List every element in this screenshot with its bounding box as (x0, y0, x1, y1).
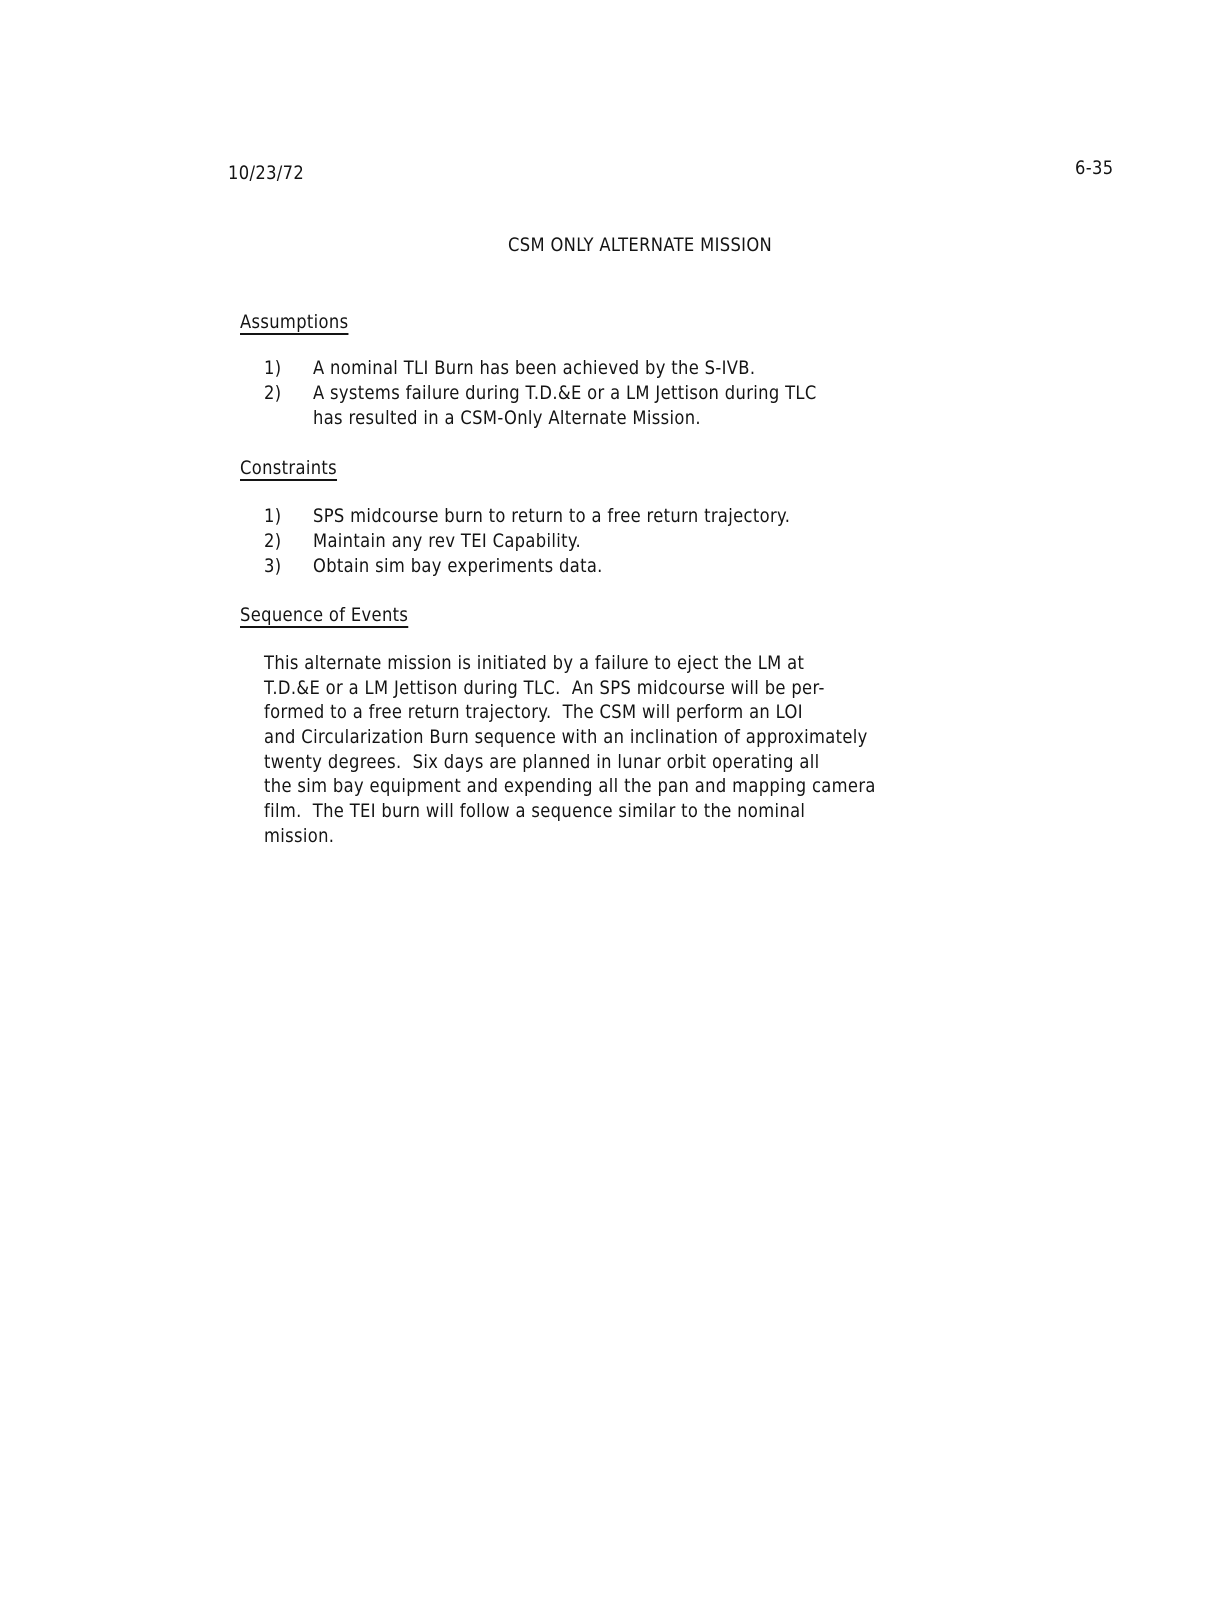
list-item-number: 2) (264, 529, 281, 554)
paragraph-line: formed to a free return trajectory. The … (264, 700, 803, 725)
document-date: 10/23/72 (228, 162, 304, 184)
list-item-number: 1) (264, 356, 281, 381)
paragraph-line: and Circularization Burn sequence with a… (264, 725, 868, 750)
list-item: Maintain any rev TEI Capability. (313, 529, 581, 554)
paragraph-line: T.D.&E or a LM Jettison during TLC. An S… (264, 676, 825, 701)
section-heading-sequence-of-events: Sequence of Events (240, 604, 408, 626)
list-item: A nominal TLI Burn has been achieved by … (313, 356, 755, 381)
paragraph-line: mission. (264, 824, 334, 849)
section-heading-assumptions: Assumptions (240, 311, 348, 333)
paragraph-line: the sim bay equipment and expending all … (264, 774, 876, 799)
list-item: Obtain sim bay experiments data. (313, 554, 603, 579)
list-item: SPS midcourse burn to return to a free r… (313, 504, 790, 529)
list-item-number: 1) (264, 504, 281, 529)
section-heading-constraints: Constraints (240, 457, 337, 479)
list-item-continuation: has resulted in a CSM-Only Alternate Mis… (313, 406, 701, 431)
page-number: 6-35 (1075, 157, 1113, 179)
paragraph-line: This alternate mission is initiated by a… (264, 651, 804, 676)
list-item-number: 3) (264, 554, 281, 579)
list-item: A systems failure during T.D.&E or a LM … (313, 381, 817, 406)
document-title: CSM ONLY ALTERNATE MISSION (508, 234, 772, 256)
paragraph-line: twenty degrees. Six days are planned in … (264, 750, 820, 775)
paragraph-line: film. The TEI burn will follow a sequenc… (264, 799, 805, 824)
list-item-number: 2) (264, 381, 281, 406)
